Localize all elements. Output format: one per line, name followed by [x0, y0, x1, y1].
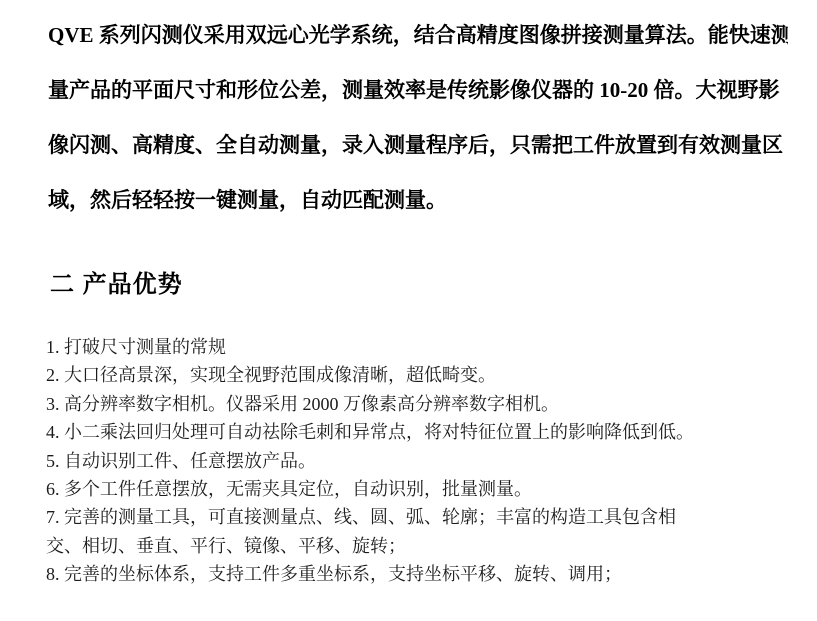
intro-paragraph-line: 量产品的平面尺寸和形位公差，测量效率是传统影像仪器的 10-20 倍。大视野影: [48, 63, 788, 118]
advantage-item: 2. 大口径高景深，实现全视野范围成像清晰，超低畸变。: [46, 361, 791, 389]
advantage-item: 8. 完善的坐标体系，支持工件多重坐标系，支持坐标平移、旋转、调用；: [46, 560, 791, 588]
advantage-item: 6. 多个工件任意摆放，无需夹具定位，自动识别，批量测量。: [46, 475, 791, 503]
advantage-item: 4. 小二乘法回归处理可自动祛除毛刺和异常点，将对特征位置上的影响降低到低。: [46, 418, 791, 446]
advantages-list: 1. 打破尺寸测量的常规 2. 大口径高景深，实现全视野范围成像清晰，超低畸变。…: [46, 333, 791, 589]
section-heading: 二 产品优势: [50, 264, 183, 299]
advantage-item: 3. 高分辨率数字相机。仪器采用 2000 万像素高分辨率数字相机。: [46, 390, 791, 418]
advantage-item: 5. 自动识别工件、任意摆放产品。: [46, 447, 791, 475]
intro-paragraph-line: 像闪测、高精度、全自动测量，录入测量程序后，只需把工件放置到有效测量区: [48, 118, 788, 173]
intro-paragraph-line: QVE 系列闪测仪采用双远心光学系统，结合高精度图像拼接测量算法。能快速测: [48, 8, 788, 63]
intro-paragraph-line: 域，然后轻轻按一键测量，自动匹配测量。: [48, 173, 788, 228]
advantage-item: 7. 完善的测量工具，可直接测量点、线、圆、弧、轮廓；丰富的构造工具包含相: [46, 503, 791, 531]
intro-paragraph: QVE 系列闪测仪采用双远心光学系统，结合高精度图像拼接测量算法。能快速测 量产…: [48, 8, 788, 228]
advantage-item-continuation: 交、相切、垂直、平行、镜像、平移、旋转；: [46, 532, 791, 560]
document-page: QVE 系列闪测仪采用双远心光学系统，结合高精度图像拼接测量算法。能快速测 量产…: [0, 0, 817, 621]
advantage-item: 1. 打破尺寸测量的常规: [46, 333, 791, 361]
